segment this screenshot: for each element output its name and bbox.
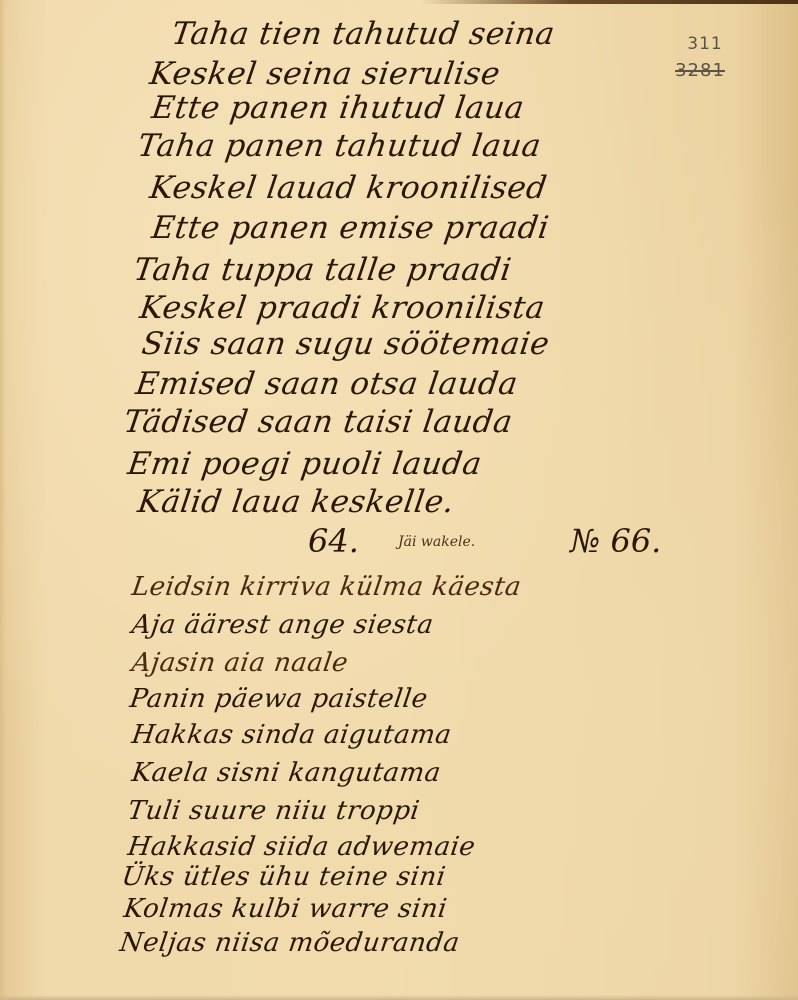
verse-line: Panin päewa paistelle <box>128 684 430 714</box>
song-2-header: 64. Jäi wakele. № 66. <box>300 522 720 572</box>
verse-line: Ajasin aia naale <box>130 648 350 678</box>
verse-line: Leidsin kirriva külma käesta <box>130 572 523 602</box>
verse-line: Aja äärest ange siesta <box>130 610 436 640</box>
archive-numbers: 311 3281 <box>660 34 740 81</box>
verse-line: Taha tien tahutud seina <box>169 16 557 52</box>
song-number: 64. <box>308 522 359 560</box>
archive-number-current: 311 <box>670 34 740 54</box>
verse-line: Kaela sisni kangutama <box>130 758 443 788</box>
verse-line: Keskel seina sierulise <box>147 56 502 92</box>
verse-line: Taha panen tahutud laua <box>135 128 543 164</box>
manuscript-page: 311 3281 Taha tien tahutud seina Keskel … <box>0 0 798 1000</box>
verse-line: Tädised saan taisi lauda <box>121 404 514 440</box>
verse-line: Hakkasid siida adwemaie <box>126 832 477 862</box>
verse-line: Kälid laua keskelle. <box>135 484 456 520</box>
verse-line: Tuli suure niiu troppi <box>126 796 422 826</box>
archive-number-struck: 3281 <box>660 60 740 81</box>
song-reference-number: № 66. <box>570 522 661 560</box>
verse-line: Taha tuppa talle praadi <box>131 252 513 288</box>
verse-line: Neljas niisa mõeduranda <box>118 928 462 958</box>
page-top-edge <box>420 0 798 4</box>
binding-edge <box>0 0 6 1000</box>
verse-line: Üks ütles ühu teine sini <box>120 862 448 892</box>
verse-line: Siis saan sugu söötemaie <box>139 326 551 362</box>
verse-line: Keskel lauad kroonilised <box>147 170 549 206</box>
verse-line: Hakkas sinda aigutama <box>130 720 454 750</box>
verse-line: Kolmas kulbi warre sini <box>122 894 449 924</box>
verse-line: Keskel praadi kroonilista <box>137 290 547 326</box>
verse-line: Emised saan otsa lauda <box>133 366 520 402</box>
song-title: Jäi wakele. <box>398 534 475 550</box>
verse-line: Emi poegi puoli lauda <box>125 446 484 482</box>
verse-line: Ette panen emise praadi <box>149 210 551 246</box>
page-bottom-edge <box>0 995 798 1000</box>
verse-line: Ette panen ihutud laua <box>149 90 526 126</box>
